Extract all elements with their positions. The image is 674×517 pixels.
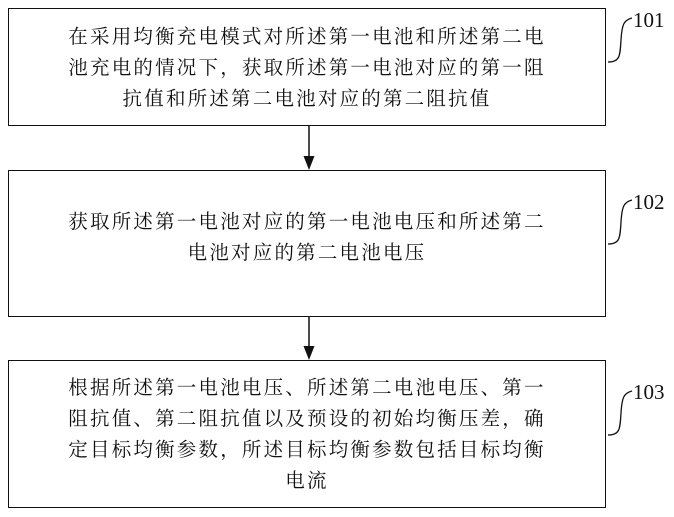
leader-curve-103 (608, 391, 632, 435)
arrow-102-to-103 (304, 317, 315, 360)
leader-curve-102 (608, 200, 632, 244)
leader-curve-101 (608, 18, 632, 62)
arrow-101-to-102 (304, 126, 315, 170)
connector-layer (0, 0, 674, 517)
